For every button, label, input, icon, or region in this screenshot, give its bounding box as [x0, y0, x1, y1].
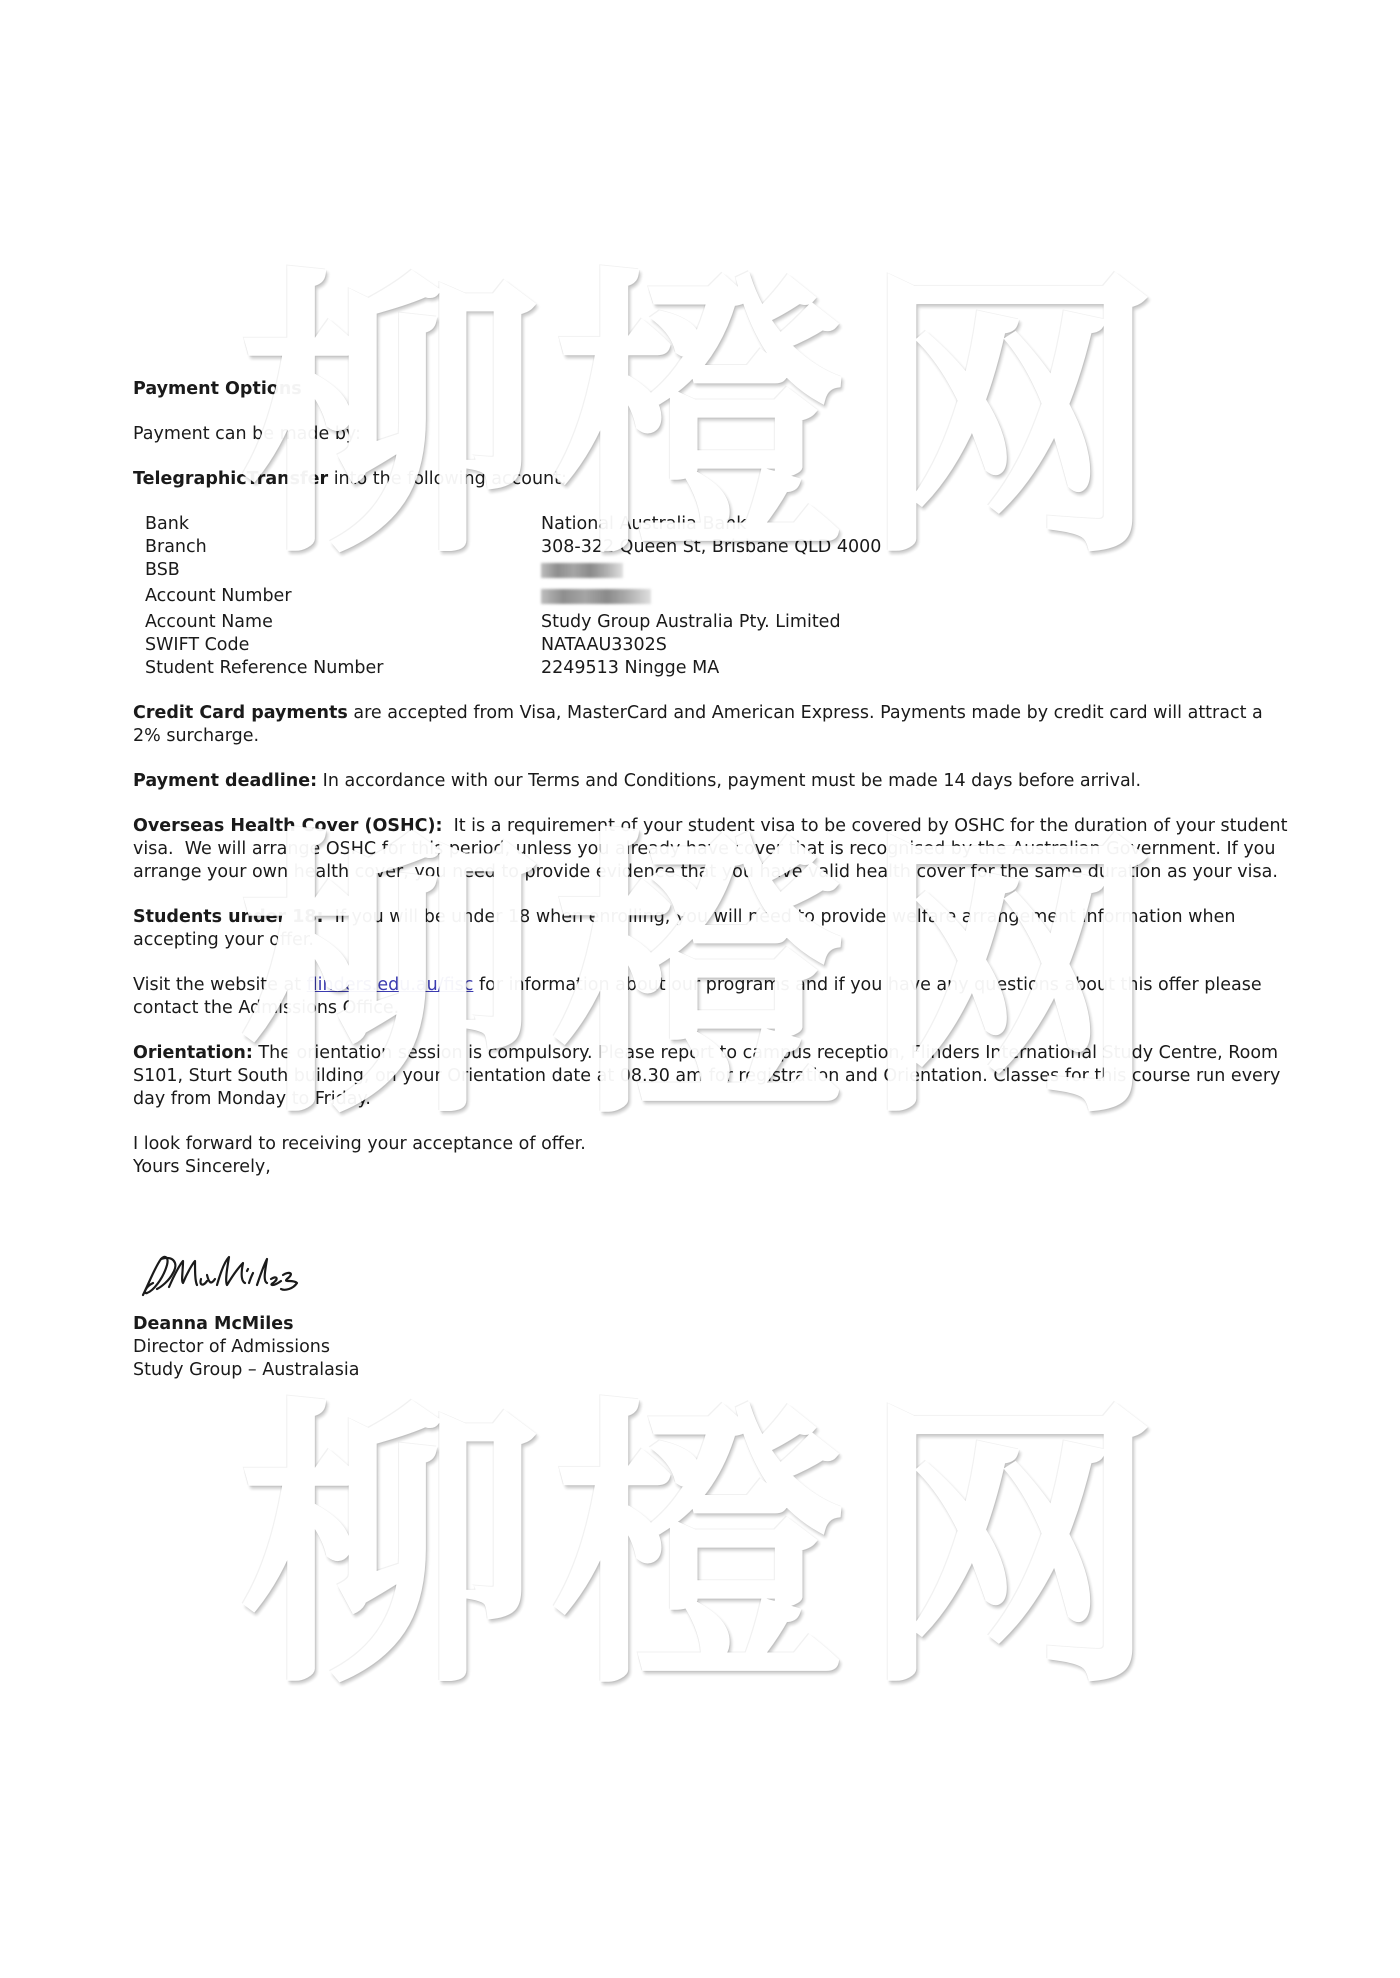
account-details-table: Bank National Australia Bank Branch 308-… — [145, 513, 881, 680]
swift-value: NATAAU3302S — [541, 634, 881, 657]
transfer-text: into the following account: — [328, 469, 567, 489]
redacted-account-number — [541, 589, 651, 604]
branch-value: 308-322 Queen St, Brisbane QLD 4000 — [541, 536, 881, 559]
signatory-organization: Study Group – Australasia — [133, 1359, 1293, 1382]
bank-value: National Australia Bank — [541, 513, 881, 536]
credit-card-paragraph: Credit Card payments are accepted from V… — [133, 702, 1293, 748]
table-row: Bank National Australia Bank — [145, 513, 881, 536]
oshc-label: Overseas Health Cover (OSHC): — [133, 816, 442, 836]
deadline-paragraph: Payment deadline: In accordance with our… — [133, 770, 1293, 793]
table-row: Student Reference Number 2249513 Ningge … — [145, 657, 881, 680]
under18-label: Students under 18: — [133, 907, 324, 927]
account-number-label: Account Number — [145, 585, 541, 611]
payment-options-heading: Payment Options — [133, 378, 1293, 401]
bsb-value — [541, 559, 881, 585]
letter-body: Payment Options Payment can be made by: … — [133, 378, 1293, 1382]
deadline-label: Payment deadline: — [133, 771, 317, 791]
account-number-value — [541, 585, 881, 611]
account-name-label: Account Name — [145, 611, 541, 634]
table-row: SWIFT Code NATAAU3302S — [145, 634, 881, 657]
bank-label: Bank — [145, 513, 541, 536]
closing-line: I look forward to receiving your accepta… — [133, 1133, 1293, 1156]
table-row: Account Number — [145, 585, 881, 611]
website-text-before: Visit the website at — [133, 975, 307, 995]
student-ref-value: 2249513 Ningge MA — [541, 657, 881, 680]
document-page: Payment Options Payment can be made by: … — [0, 0, 1400, 1978]
transfer-line: TelegraphicTransfer into the following a… — [133, 468, 1293, 491]
branch-label: Branch — [145, 536, 541, 559]
website-paragraph: Visit the website at flinders.edu.au/fis… — [133, 974, 1293, 1020]
signatory-name: Deanna McMiles — [133, 1313, 1293, 1336]
oshc-paragraph: Overseas Health Cover (OSHC): It is a re… — [133, 815, 1293, 884]
orientation-text: The orientation session is compulsory. P… — [133, 1043, 1280, 1109]
table-row: Branch 308-322 Queen St, Brisbane QLD 40… — [145, 536, 881, 559]
orientation-label: Orientation: — [133, 1043, 253, 1063]
under18-paragraph: Students under 18: If you will be under … — [133, 906, 1293, 952]
orientation-paragraph: Orientation: The orientation session is … — [133, 1042, 1293, 1111]
signature-image — [139, 1249, 1293, 1301]
redacted-bsb — [541, 563, 623, 578]
transfer-label: TelegraphicTransfer — [133, 469, 328, 489]
handwritten-signature-icon — [139, 1249, 319, 1301]
bsb-label: BSB — [145, 559, 541, 585]
account-name-value: Study Group Australia Pty. Limited — [541, 611, 881, 634]
deadline-text: In accordance with our Terms and Conditi… — [317, 771, 1141, 791]
signatory-block: Deanna McMiles Director of Admissions St… — [133, 1313, 1293, 1382]
table-row: Account Name Study Group Australia Pty. … — [145, 611, 881, 634]
table-row: BSB — [145, 559, 881, 585]
payment-intro: Payment can be made by: — [133, 423, 1293, 446]
credit-card-label: Credit Card payments — [133, 703, 348, 723]
swift-label: SWIFT Code — [145, 634, 541, 657]
student-ref-label: Student Reference Number — [145, 657, 541, 680]
watermark-bottom: 柳橙网 — [240, 1400, 1160, 1700]
website-link[interactable]: flinders.edu.au/fisc — [307, 975, 474, 995]
signatory-title: Director of Admissions — [133, 1336, 1293, 1359]
sign-off: Yours Sincerely, — [133, 1156, 1293, 1179]
